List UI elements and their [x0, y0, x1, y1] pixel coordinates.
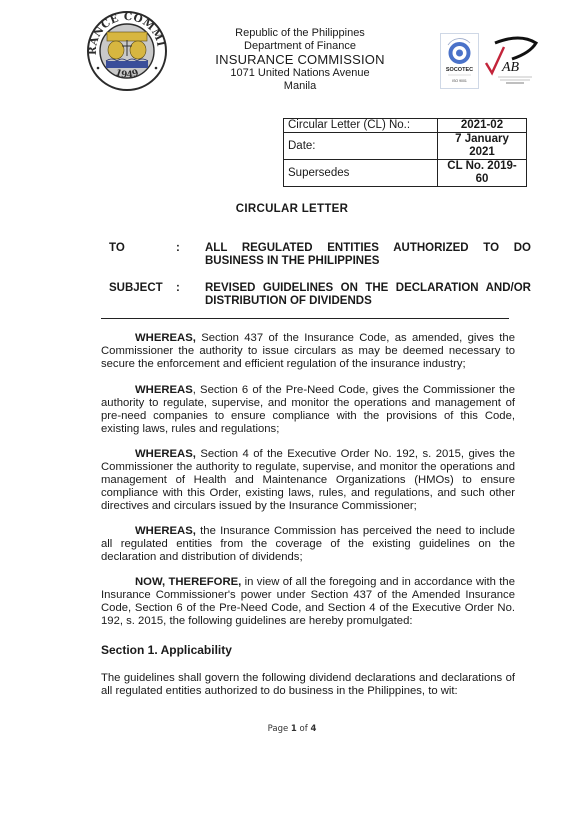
paragraph-lead: WHEREAS,	[135, 525, 196, 537]
svg-text:ISO 9001: ISO 9001	[452, 79, 467, 83]
to-label: TO	[109, 242, 125, 254]
socotec-pab-certification-icon: SOCOTEC ISO 9001 AB	[440, 33, 540, 89]
svg-text:AB: AB	[501, 60, 520, 75]
whereas-paragraph-2: WHEREAS, Section 6 of the Pre-Need Code,…	[101, 384, 515, 436]
paragraph-lead: WHEREAS,	[135, 448, 196, 460]
document-title: CIRCULAR LETTER	[0, 203, 584, 215]
page-prefix: Page	[268, 724, 291, 734]
total-pages: 4	[310, 724, 316, 734]
table-row: Supersedes CL No. 2019-60	[284, 160, 527, 187]
seal-icon: INSURANCE COMMISSION 1949	[86, 10, 168, 92]
subject-colon: :	[176, 282, 180, 294]
page-middle: of	[297, 724, 311, 734]
header-divider	[101, 318, 509, 319]
letterhead-city: Manila	[200, 80, 400, 93]
subject-label: SUBJECT	[109, 282, 163, 294]
letterhead: Republic of the Philippines Department o…	[200, 27, 400, 93]
letterhead-address: 1071 United Nations Avenue	[200, 67, 400, 80]
to-colon: :	[176, 242, 180, 254]
letterhead-country: Republic of the Philippines	[200, 27, 400, 40]
table-row: Circular Letter (CL) No.: 2021-02	[284, 119, 527, 133]
page-footer: Page 1 of 4	[0, 724, 584, 734]
insurance-commission-seal-logo: INSURANCE COMMISSION 1949	[86, 10, 168, 92]
reference-label: Circular Letter (CL) No.:	[284, 119, 438, 133]
circular-date: 7 January 2021	[438, 133, 527, 160]
to-value: ALL REGULATED ENTITIES AUTHORIZED TO DO …	[205, 242, 531, 268]
whereas-paragraph-4: WHEREAS, the Insurance Commission has pe…	[101, 525, 515, 564]
subject-value: REVISED GUIDELINES ON THE DECLARATION AN…	[205, 282, 531, 308]
supersedes-value: CL No. 2019-60	[438, 160, 527, 187]
paragraph-lead: WHEREAS	[135, 384, 193, 396]
section-1-heading: Section 1. Applicability	[101, 643, 232, 657]
certification-logos: SOCOTEC ISO 9001 AB	[440, 33, 540, 89]
whereas-paragraph-1: WHEREAS, Section 437 of the Insurance Co…	[101, 332, 515, 371]
table-row: Date: 7 January 2021	[284, 133, 527, 160]
circular-reference-table: Circular Letter (CL) No.: 2021-02 Date: …	[283, 118, 527, 187]
svg-text:SOCOTEC: SOCOTEC	[446, 67, 473, 73]
whereas-paragraph-3: WHEREAS, Section 4 of the Executive Orde…	[101, 448, 515, 513]
reference-label: Date:	[284, 133, 438, 160]
now-therefore-paragraph: NOW, THEREFORE, in view of all the foreg…	[101, 576, 515, 628]
paragraph-lead: NOW, THEREFORE,	[135, 576, 241, 588]
circular-number: 2021-02	[438, 119, 527, 133]
letterhead-agency: INSURANCE COMMISSION	[200, 53, 400, 67]
reference-label: Supersedes	[284, 160, 438, 187]
paragraph-lead: WHEREAS,	[135, 332, 196, 344]
section-1-text: The guidelines shall govern the followin…	[101, 672, 515, 698]
